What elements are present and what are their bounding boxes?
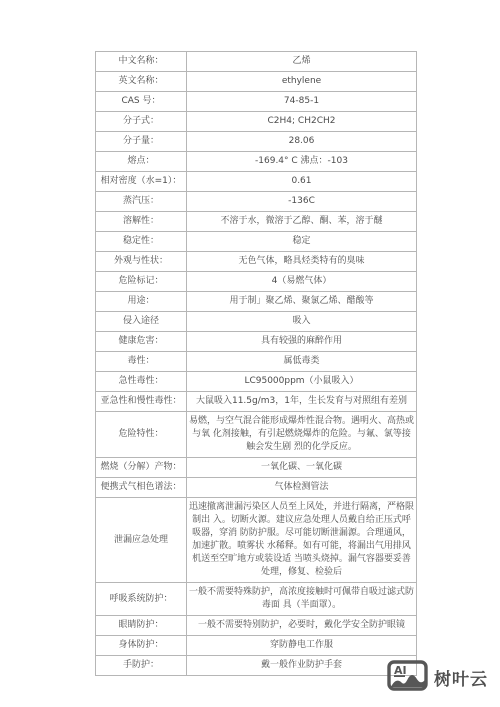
row-label: 外观与性状： (96, 252, 187, 272)
table-row: 分子量：28.06 (96, 132, 417, 152)
table-row: 分子式：C2H4; CH2CH2 (96, 112, 417, 132)
row-label: 相对密度（水=1）： (96, 172, 187, 192)
row-value: 具有较强的麻醉作用 (187, 332, 417, 352)
table-row: 蒸汽压：-136C (96, 192, 417, 212)
table-row: 英文名称：ethylene (96, 72, 417, 92)
row-value: 迅速撤离泄漏污染区人员至上风处，并进行隔离，严格限制出 入。切断火源。建议应急处… (187, 498, 417, 583)
table-row: 健康危害：具有较强的麻醉作用 (96, 332, 417, 352)
row-label: 健康危害： (96, 332, 187, 352)
row-label: 便携式气相色谱法： (96, 478, 187, 498)
row-value: 穿防静电工作服 (187, 636, 417, 656)
row-label: 眼睛防护： (96, 616, 187, 636)
table-row: 燃烧（分解）产物：一氧化碳、一氧化碳 (96, 458, 417, 478)
row-value: 不溶于水，微溶于乙醇、酮、苯，溶于醚 (187, 212, 417, 232)
row-label: CAS 号： (96, 92, 187, 112)
table-body: 中文名称：乙烯英文名称：ethyleneCAS 号：74-85-1分子式：C2H… (96, 52, 417, 676)
table-row: 急性毒性：LC95000ppm（小鼠吸入） (96, 372, 417, 392)
row-value: 74-85-1 (187, 92, 417, 112)
row-label: 燃烧（分解）产物： (96, 458, 187, 478)
row-value: 大鼠吸入11.5g/m3，1年，生长发育与对照组有差别 (187, 392, 417, 412)
row-label: 危险标记： (96, 272, 187, 292)
ai-logo-label: AI (394, 664, 407, 677)
row-label: 稳定性： (96, 232, 187, 252)
table-row: 中文名称：乙烯 (96, 52, 417, 72)
row-value: -169.4° C 沸点：-103 (187, 152, 417, 172)
row-label: 危险特性： (96, 412, 187, 458)
table-row: 侵入途径吸入 (96, 312, 417, 332)
table-row: 危险标记：4（易燃气体） (96, 272, 417, 292)
row-label: 急性毒性： (96, 372, 187, 392)
row-label: 身体防护： (96, 636, 187, 656)
row-label: 英文名称： (96, 72, 187, 92)
table-row: 亚急性和慢性毒性：大鼠吸入11.5g/m3，1年，生长发育与对照组有差别 (96, 392, 417, 412)
table-row: 相对密度（水=1）：0.61 (96, 172, 417, 192)
table-row: 泄漏应急处理迅速撤离泄漏污染区人员至上风处，并进行隔离，严格限制出 入。切断火源… (96, 498, 417, 583)
table-row: 手防护：戴一般作业防护手套 (96, 656, 417, 676)
row-label: 呼吸系统防护： (96, 583, 187, 616)
table-row: 毒性：属低毒类 (96, 352, 417, 372)
row-value: 稳定 (187, 232, 417, 252)
row-value: 4（易燃气体） (187, 272, 417, 292)
row-label: 亚急性和慢性毒性： (96, 392, 187, 412)
row-value: 一氧化碳、一氧化碳 (187, 458, 417, 478)
row-value: ethylene (187, 72, 417, 92)
table-row: 熔点：-169.4° C 沸点：-103 (96, 152, 417, 172)
row-label: 分子量： (96, 132, 187, 152)
row-value: 一般不需要特殊防护，高浓度接触时可佩带自吸过滤式防毒面 具（半面罩）。 (187, 583, 417, 616)
row-label: 分子式： (96, 112, 187, 132)
row-value: 28.06 (187, 132, 417, 152)
table-row: CAS 号：74-85-1 (96, 92, 417, 112)
table-row: 稳定性：稳定 (96, 232, 417, 252)
table-row: 呼吸系统防护：一般不需要特殊防护，高浓度接触时可佩带自吸过滤式防毒面 具（半面罩… (96, 583, 417, 616)
row-value: 一般不需要特别防护，必要时，戴化学安全防护眼镜 (187, 616, 417, 636)
row-value: 属低毒类 (187, 352, 417, 372)
table-row: 外观与性状：无色气体，略具烃类特有的臭味 (96, 252, 417, 272)
table-row: 眼睛防护：一般不需要特别防护，必要时，戴化学安全防护眼镜 (96, 616, 417, 636)
row-label: 手防护： (96, 656, 187, 676)
row-value: 易燃，与空气混合能形成爆炸性混合物。遇明火、高热或与氧 化剂接触，有引起燃烧爆炸… (187, 412, 417, 458)
ai-photo-logo-icon: AI (387, 660, 428, 695)
row-label: 熔点： (96, 152, 187, 172)
row-value: 0.61 (187, 172, 417, 192)
watermark: AI 树叶云 (387, 660, 488, 695)
row-value: 气体检测管法 (187, 478, 417, 498)
row-label: 蒸汽压： (96, 192, 187, 212)
row-label: 中文名称： (96, 52, 187, 72)
table-row: 身体防护：穿防静电工作服 (96, 636, 417, 656)
table-row: 危险特性：易燃，与空气混合能形成爆炸性混合物。遇明火、高热或与氧 化剂接触，有引… (96, 412, 417, 458)
row-value: 用于制」聚乙烯、聚氯乙烯、醋酸等 (187, 292, 417, 312)
row-label: 毒性： (96, 352, 187, 372)
row-label: 侵入途径 (96, 312, 187, 332)
table-row: 用途：用于制」聚乙烯、聚氯乙烯、醋酸等 (96, 292, 417, 312)
table-row: 溶解性：不溶于水，微溶于乙醇、酮、苯，溶于醚 (96, 212, 417, 232)
row-value: -136C (187, 192, 417, 212)
row-value: 吸入 (187, 312, 417, 332)
row-label: 用途： (96, 292, 187, 312)
row-value: LC95000ppm（小鼠吸入） (187, 372, 417, 392)
table-row: 便携式气相色谱法：气体检测管法 (96, 478, 417, 498)
row-value: 乙烯 (187, 52, 417, 72)
row-label: 溶解性： (96, 212, 187, 232)
row-value: 戴一般作业防护手套 (187, 656, 417, 676)
row-value: C2H4; CH2CH2 (187, 112, 417, 132)
row-label: 泄漏应急处理 (96, 498, 187, 583)
chemical-properties-table: 中文名称：乙烯英文名称：ethyleneCAS 号：74-85-1分子式：C2H… (95, 51, 417, 676)
watermark-brand-text: 树叶云 (434, 665, 488, 690)
row-value: 无色气体，略具烃类特有的臭味 (187, 252, 417, 272)
